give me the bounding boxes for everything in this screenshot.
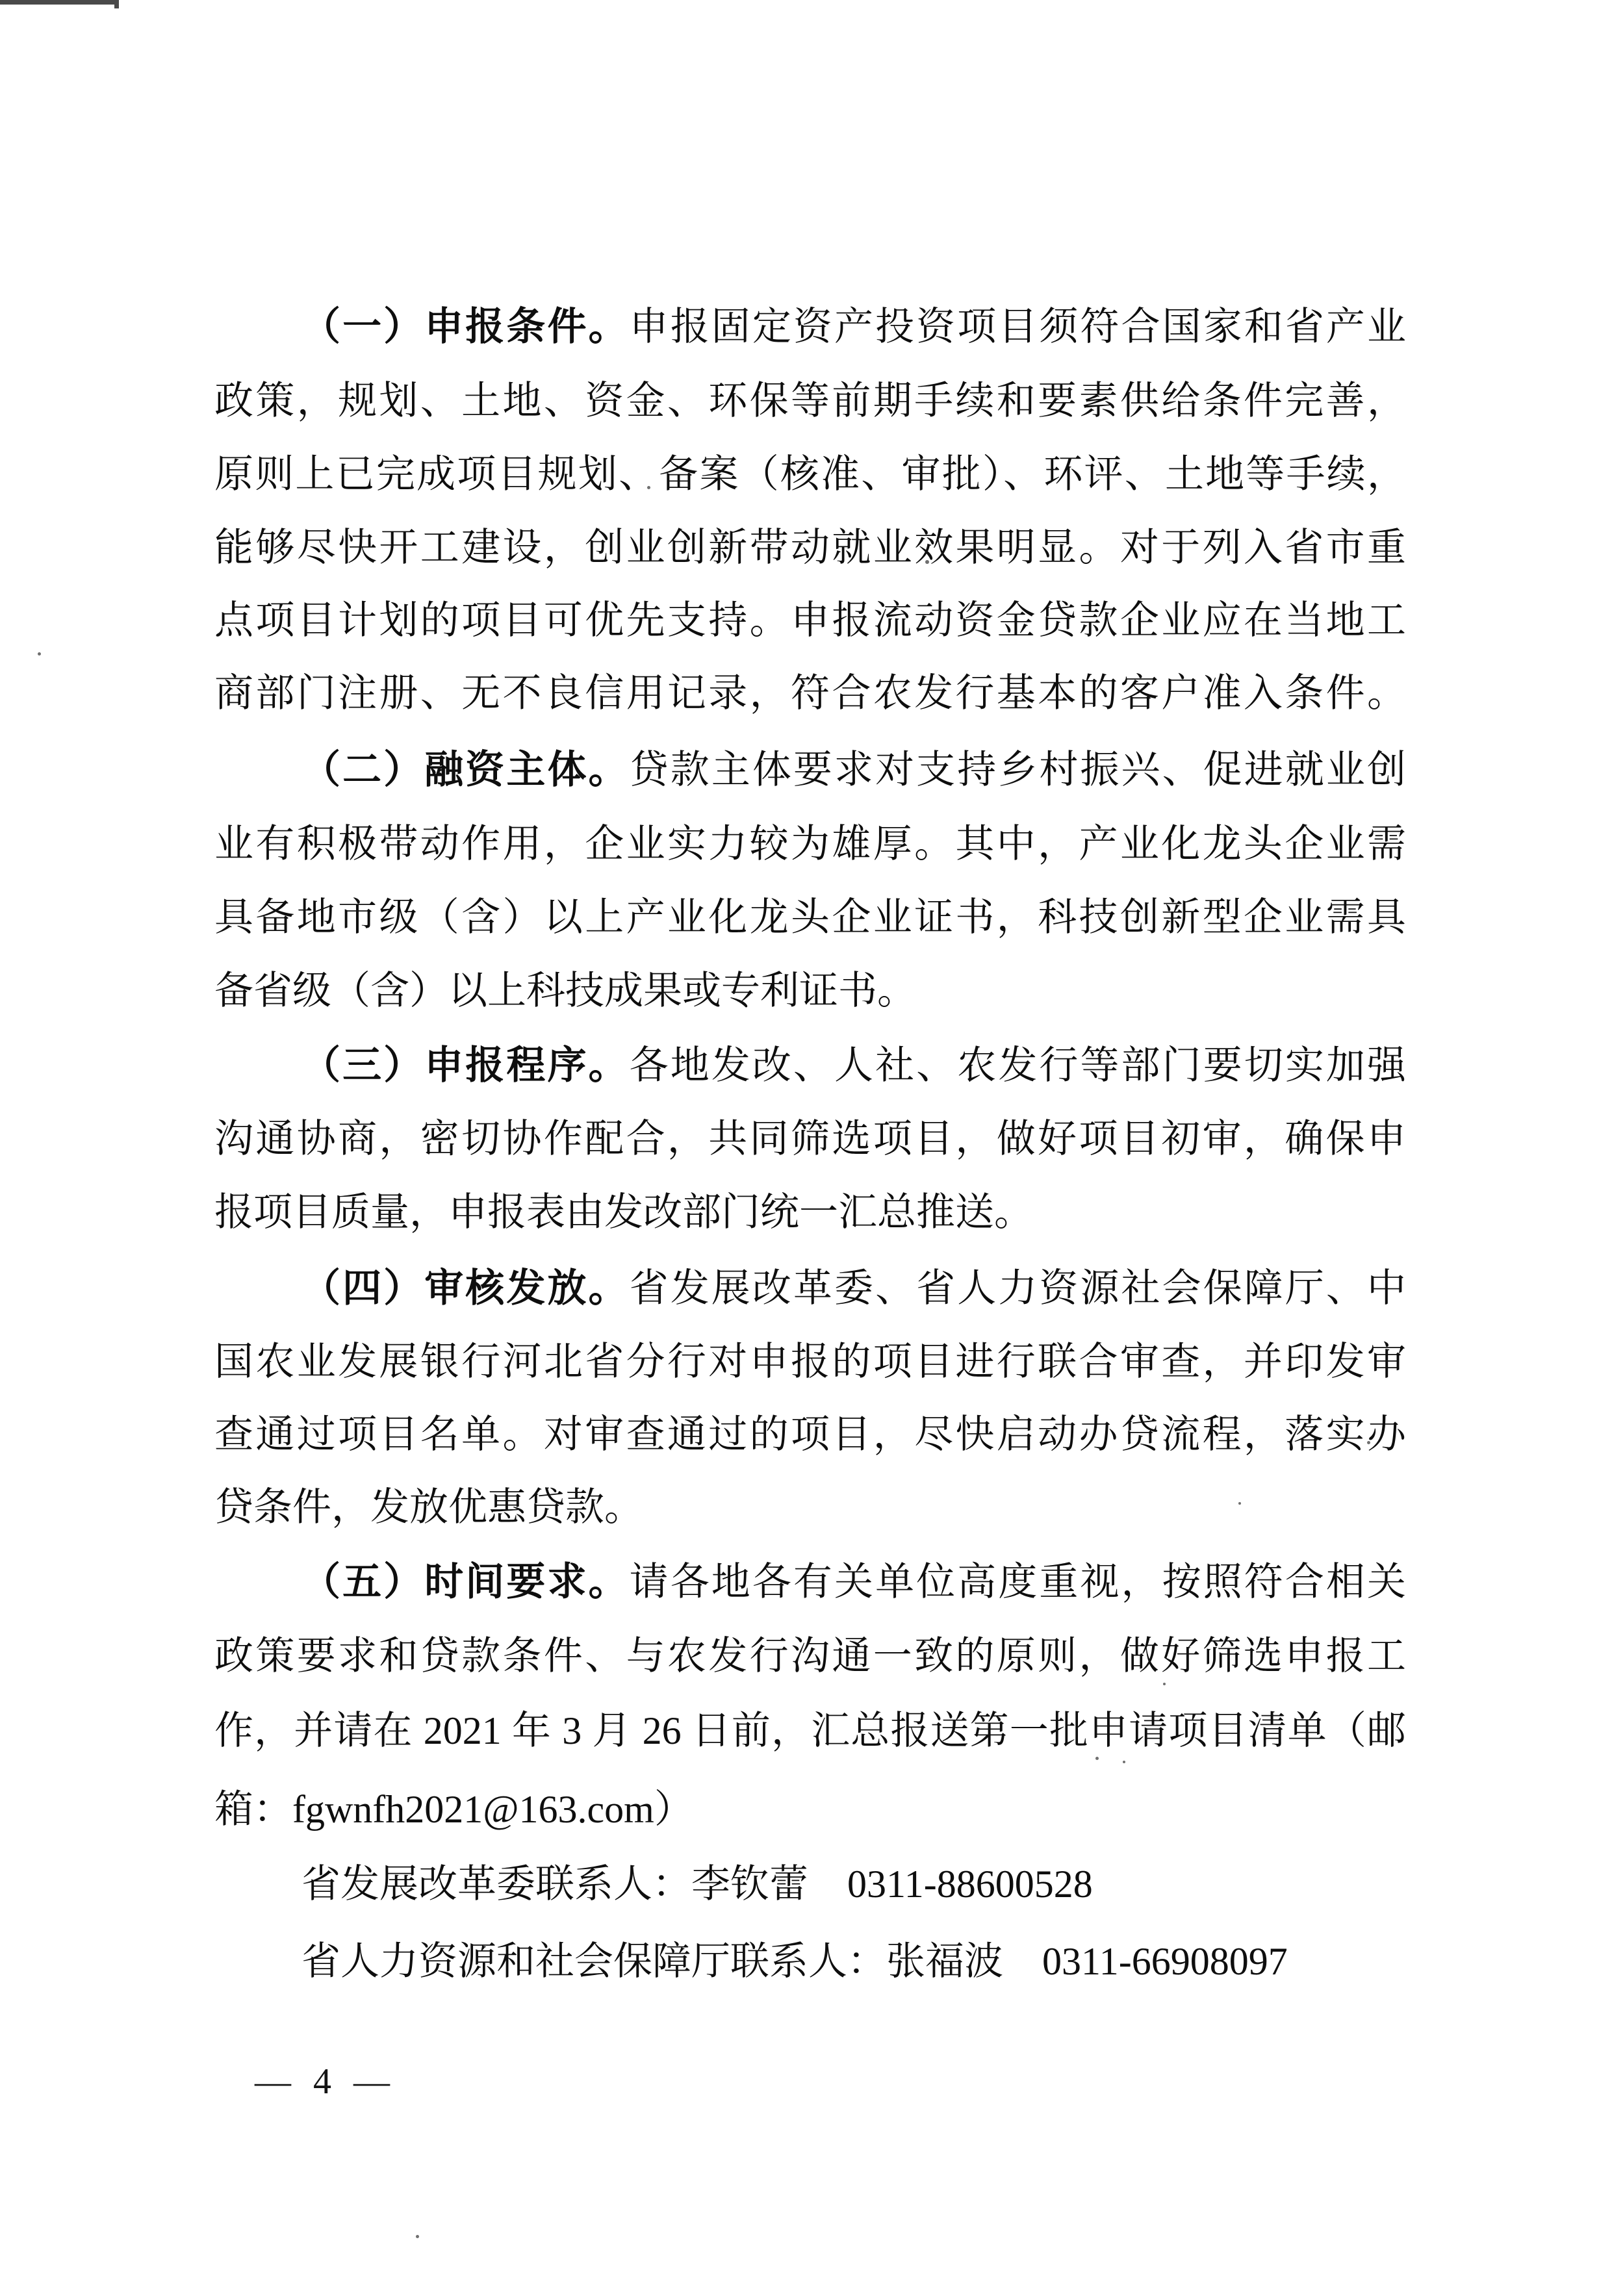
scanned-document-page: （一）申报条件。申报固定资产投资项目须符合国家和省产业 政策，规划、土地、资金、… [0, 0, 1612, 2296]
body-text: 贷款主体要求对支持乡村振兴、促进就业创 [630, 748, 1406, 791]
scan-speck [925, 560, 929, 564]
page-number: — 4 — [255, 2061, 396, 2102]
text-line: （五）时间要求。请各地各有关单位高度重视，按照符合相关 [214, 1558, 1406, 1606]
text-line: 点项目计划的项目可优先支持。申报流动资金贷款企业应在当地工 [214, 596, 1406, 644]
text-line: 报项目质量，申报表由发改部门统一汇总推送。 [214, 1188, 1406, 1236]
body-text: 申报固定资产投资项目须符合国家和省产业 [630, 305, 1406, 348]
body-text: 点项目计划的项目可优先支持。申报流动资金贷款企业应在当地工 [214, 599, 1406, 642]
scan-speck [1238, 1502, 1241, 1505]
body-text: 沟通协商，密切协作配合，共同筛选项目，做好项目初审，确保申 [214, 1117, 1406, 1160]
scan-speck [1367, 1441, 1370, 1444]
scan-speck [1163, 1683, 1166, 1685]
text-line: （四）审核发放。省发展改革委、省人力资源社会保障厅、中 [214, 1264, 1406, 1312]
text-line email-line: 箱：fgwnfh2021@163.com） [214, 1785, 1406, 1833]
text-line: （一）申报条件。申报固定资产投资项目须符合国家和省产业 [214, 303, 1406, 351]
email-text: 箱：fgwnfh2021@163.com） [214, 1788, 693, 1831]
section-heading: （五）时间要求。 [301, 1561, 630, 1603]
text-line: 商部门注册、无不良信用记录，符合农发行基本的客户准入条件。 [214, 669, 1406, 717]
body-text: 业有积极带动作用，企业实力较为雄厚。其中，产业化龙头企业需 [214, 823, 1406, 865]
text-line: 原则上已完成项目规划、备案（核准、审批）、环评、土地等手续， [214, 450, 1406, 498]
body-text: 国农业发展银行河北省分行对申报的项目进行联合审查，并印发审 [214, 1340, 1406, 1383]
text-line: 备省级（含）以上科技成果或专利证书。 [214, 967, 1406, 1015]
text-line: 政策要求和贷款条件、与农发行沟通一致的原则，做好筛选申报工 [214, 1632, 1406, 1680]
text-line: 业有积极带动作用，企业实力较为雄厚。其中，产业化龙头企业需 [214, 820, 1406, 868]
body-text: 省发展改革委、省人力资源社会保障厅、中 [630, 1267, 1406, 1310]
scan-speck [647, 486, 650, 489]
scan-artifact-bar [0, 0, 114, 5]
body-text: 政策，规划、土地、资金、环保等前期手续和要素供给条件完善， [214, 379, 1406, 422]
body-text: 作，并请在 2021 年 3 月 26 日前，汇总报送第一批申请项目清单（邮 [214, 1709, 1406, 1752]
text-line: （三）申报程序。各地发改、人社、农发行等部门要切实加强 [214, 1041, 1406, 1090]
body-text: 具备地市级（含）以上产业化龙头企业证书，科技创新型企业需具 [214, 896, 1406, 939]
scan-speck [38, 652, 41, 656]
text-line: 政策，规划、土地、资金、环保等前期手续和要素供给条件完善， [214, 377, 1406, 425]
section-heading: （一）申报条件。 [301, 305, 630, 348]
text-line: 沟通协商，密切协作配合，共同筛选项目，做好项目初审，确保申 [214, 1115, 1406, 1163]
body-text: 能够尽快开工建设，创业创新带动就业效果明显。对于列入省市重 [214, 526, 1406, 569]
body-text: 报项目质量，申报表由发改部门统一汇总推送。 [214, 1191, 1033, 1234]
body-text: 请各地各有关单位高度重视，按照符合相关 [630, 1561, 1406, 1603]
body-text: 商部门注册、无不良信用记录，符合农发行基本的客户准入条件。 [214, 672, 1406, 715]
text-line: 具备地市级（含）以上产业化龙头企业证书，科技创新型企业需具 [214, 893, 1406, 941]
body-text: 原则上已完成项目规划、备案（核准、审批）、环评、土地等手续， [214, 453, 1406, 496]
body-text: 查通过项目名单。对审查通过的项目，尽快启动办贷流程，落实办 [214, 1413, 1406, 1456]
contact-text: 省人力资源和社会保障厅联系人：张福波 0311-66908097 [301, 1940, 1288, 1983]
text-line: （二）融资主体。贷款主体要求对支持乡村振兴、促进就业创 [214, 746, 1406, 794]
scan-speck [1095, 1757, 1099, 1760]
contact-text: 省发展改革委联系人：李钦蕾 0311-88600528 [301, 1863, 1093, 1906]
section-heading: （四）审核发放。 [301, 1267, 630, 1310]
body-text: 政策要求和贷款条件、与农发行沟通一致的原则，做好筛选申报工 [214, 1635, 1406, 1677]
body-text: 各地发改、人社、农发行等部门要切实加强 [630, 1044, 1406, 1087]
text-line: 能够尽快开工建设，创业创新带动就业效果明显。对于列入省市重 [214, 524, 1406, 572]
text-line: 国农业发展银行河北省分行对申报的项目进行联合审查，并印发审 [214, 1338, 1406, 1386]
scan-speck [416, 2235, 419, 2238]
contact-line: 省人力资源和社会保障厅联系人：张福波 0311-66908097 [214, 1937, 1406, 1985]
body-text: 备省级（含）以上科技成果或专利证书。 [214, 969, 916, 1012]
text-line: 作，并请在 2021 年 3 月 26 日前，汇总报送第一批申请项目清单（邮 [214, 1707, 1406, 1755]
section-heading: （二）融资主体。 [301, 748, 630, 791]
contact-line: 省发展改革委联系人：李钦蕾 0311-88600528 [214, 1860, 1406, 1908]
text-line: 贷条件，发放优惠贷款。 [214, 1483, 1406, 1531]
text-line: 查通过项目名单。对审查通过的项目，尽快启动办贷流程，落实办 [214, 1410, 1406, 1459]
scan-speck [1123, 1761, 1125, 1763]
body-text: 贷条件，发放优惠贷款。 [214, 1486, 643, 1529]
section-heading: （三）申报程序。 [301, 1044, 630, 1087]
scan-artifact-tick [114, 0, 119, 8]
